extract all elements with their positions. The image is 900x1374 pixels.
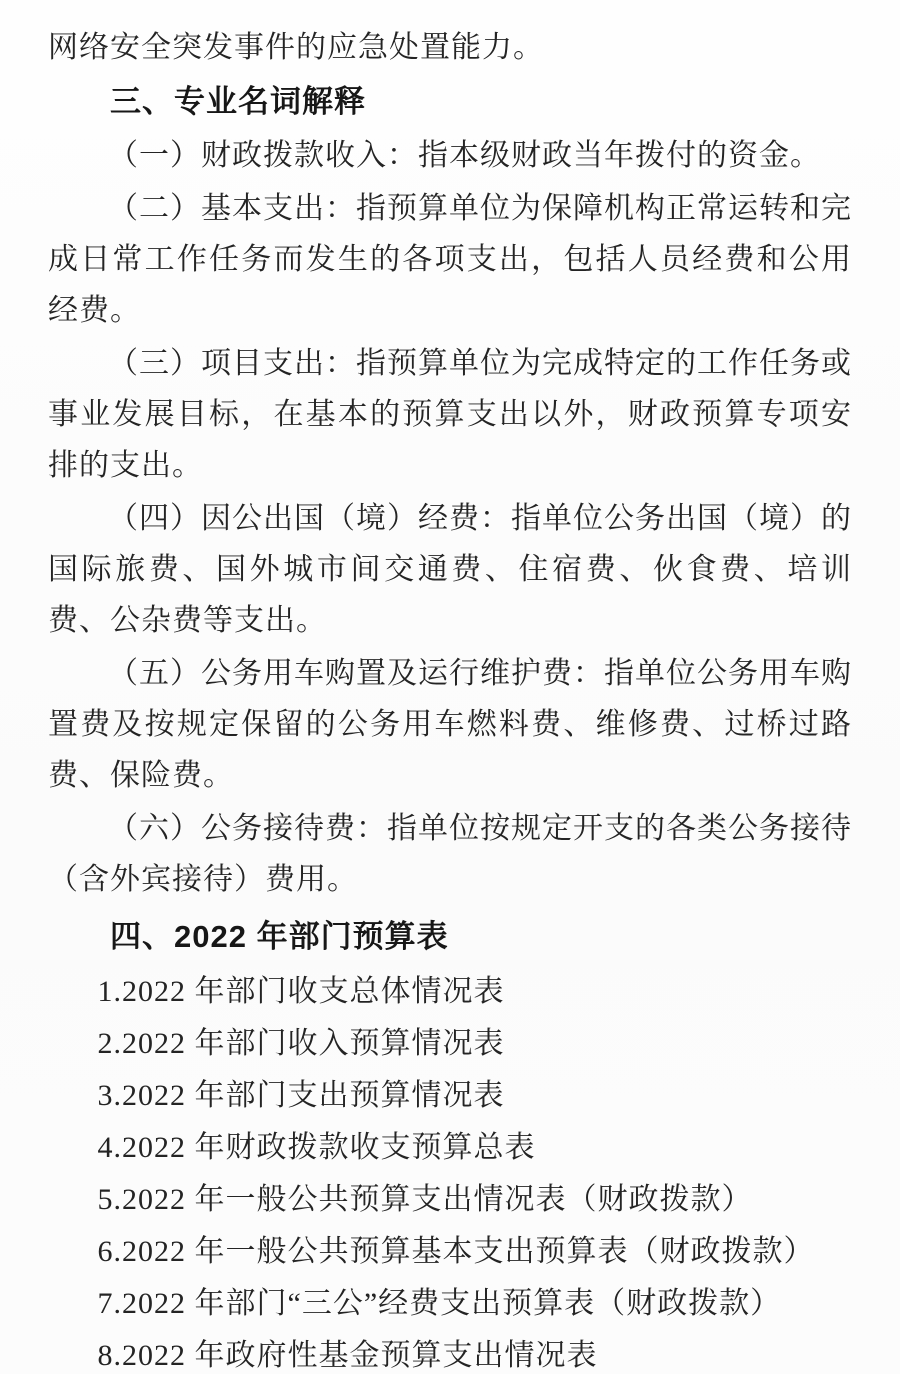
list-item-table-3: 3.2022 年部门支出预算情况表 bbox=[48, 1070, 852, 1122]
list-item-table-2: 2.2022 年部门收入预算情况表 bbox=[48, 1018, 852, 1070]
list-item-table-5: 5.2022 年一般公共预算支出情况表（财政拨款） bbox=[48, 1174, 852, 1226]
term-paragraph-overseas-travel-expense: （四）因公出国（境）经费：指单位公务出国（境）的国际旅费、国外城市间交通费、住宿… bbox=[48, 493, 852, 646]
section-heading-terms: 三、专业名词解释 bbox=[48, 76, 852, 128]
term-paragraph-official-vehicle-expense: （五）公务用车购置及运行维护费：指单位公务用车购置费及按规定保留的公务用车燃料费… bbox=[48, 648, 852, 801]
section-heading-budget-tables: 四、2022 年部门预算表 bbox=[48, 911, 852, 963]
budget-table-list: 1.2022 年部门收支总体情况表 2.2022 年部门收入预算情况表 3.20… bbox=[48, 966, 852, 1374]
list-item-table-1: 1.2022 年部门收支总体情况表 bbox=[48, 966, 852, 1018]
term-paragraph-official-reception-expense: （六）公务接待费：指单位按规定开支的各类公务接待（含外宾接待）费用。 bbox=[48, 803, 852, 905]
term-paragraph-project-expenditure: （三）项目支出：指预算单位为完成特定的工作任务或事业发展目标，在基本的预算支出以… bbox=[48, 338, 852, 491]
term-paragraph-basic-expenditure: （二）基本支出：指预算单位为保障机构正常运转和完成日常工作任务而发生的各项支出，… bbox=[48, 183, 852, 336]
list-item-table-6: 6.2022 年一般公共预算基本支出预算表（财政拨款） bbox=[48, 1226, 852, 1278]
term-paragraph-fiscal-appropriation-income: （一）财政拨款收入：指本级财政当年拨付的资金。 bbox=[48, 130, 852, 181]
paragraph-intro-continuation: 网络安全突发事件的应急处置能力。 bbox=[48, 22, 852, 73]
list-item-table-7: 7.2022 年部门“三公”经费支出预算表（财政拨款） bbox=[48, 1278, 852, 1330]
list-item-table-4: 4.2022 年财政拨款收支预算总表 bbox=[48, 1122, 852, 1174]
list-item-table-8: 8.2022 年政府性基金预算支出情况表 bbox=[48, 1330, 852, 1374]
scanned-document-page: 网络安全突发事件的应急处置能力。 三、专业名词解释 （一）财政拨款收入：指本级财… bbox=[0, 0, 900, 1374]
